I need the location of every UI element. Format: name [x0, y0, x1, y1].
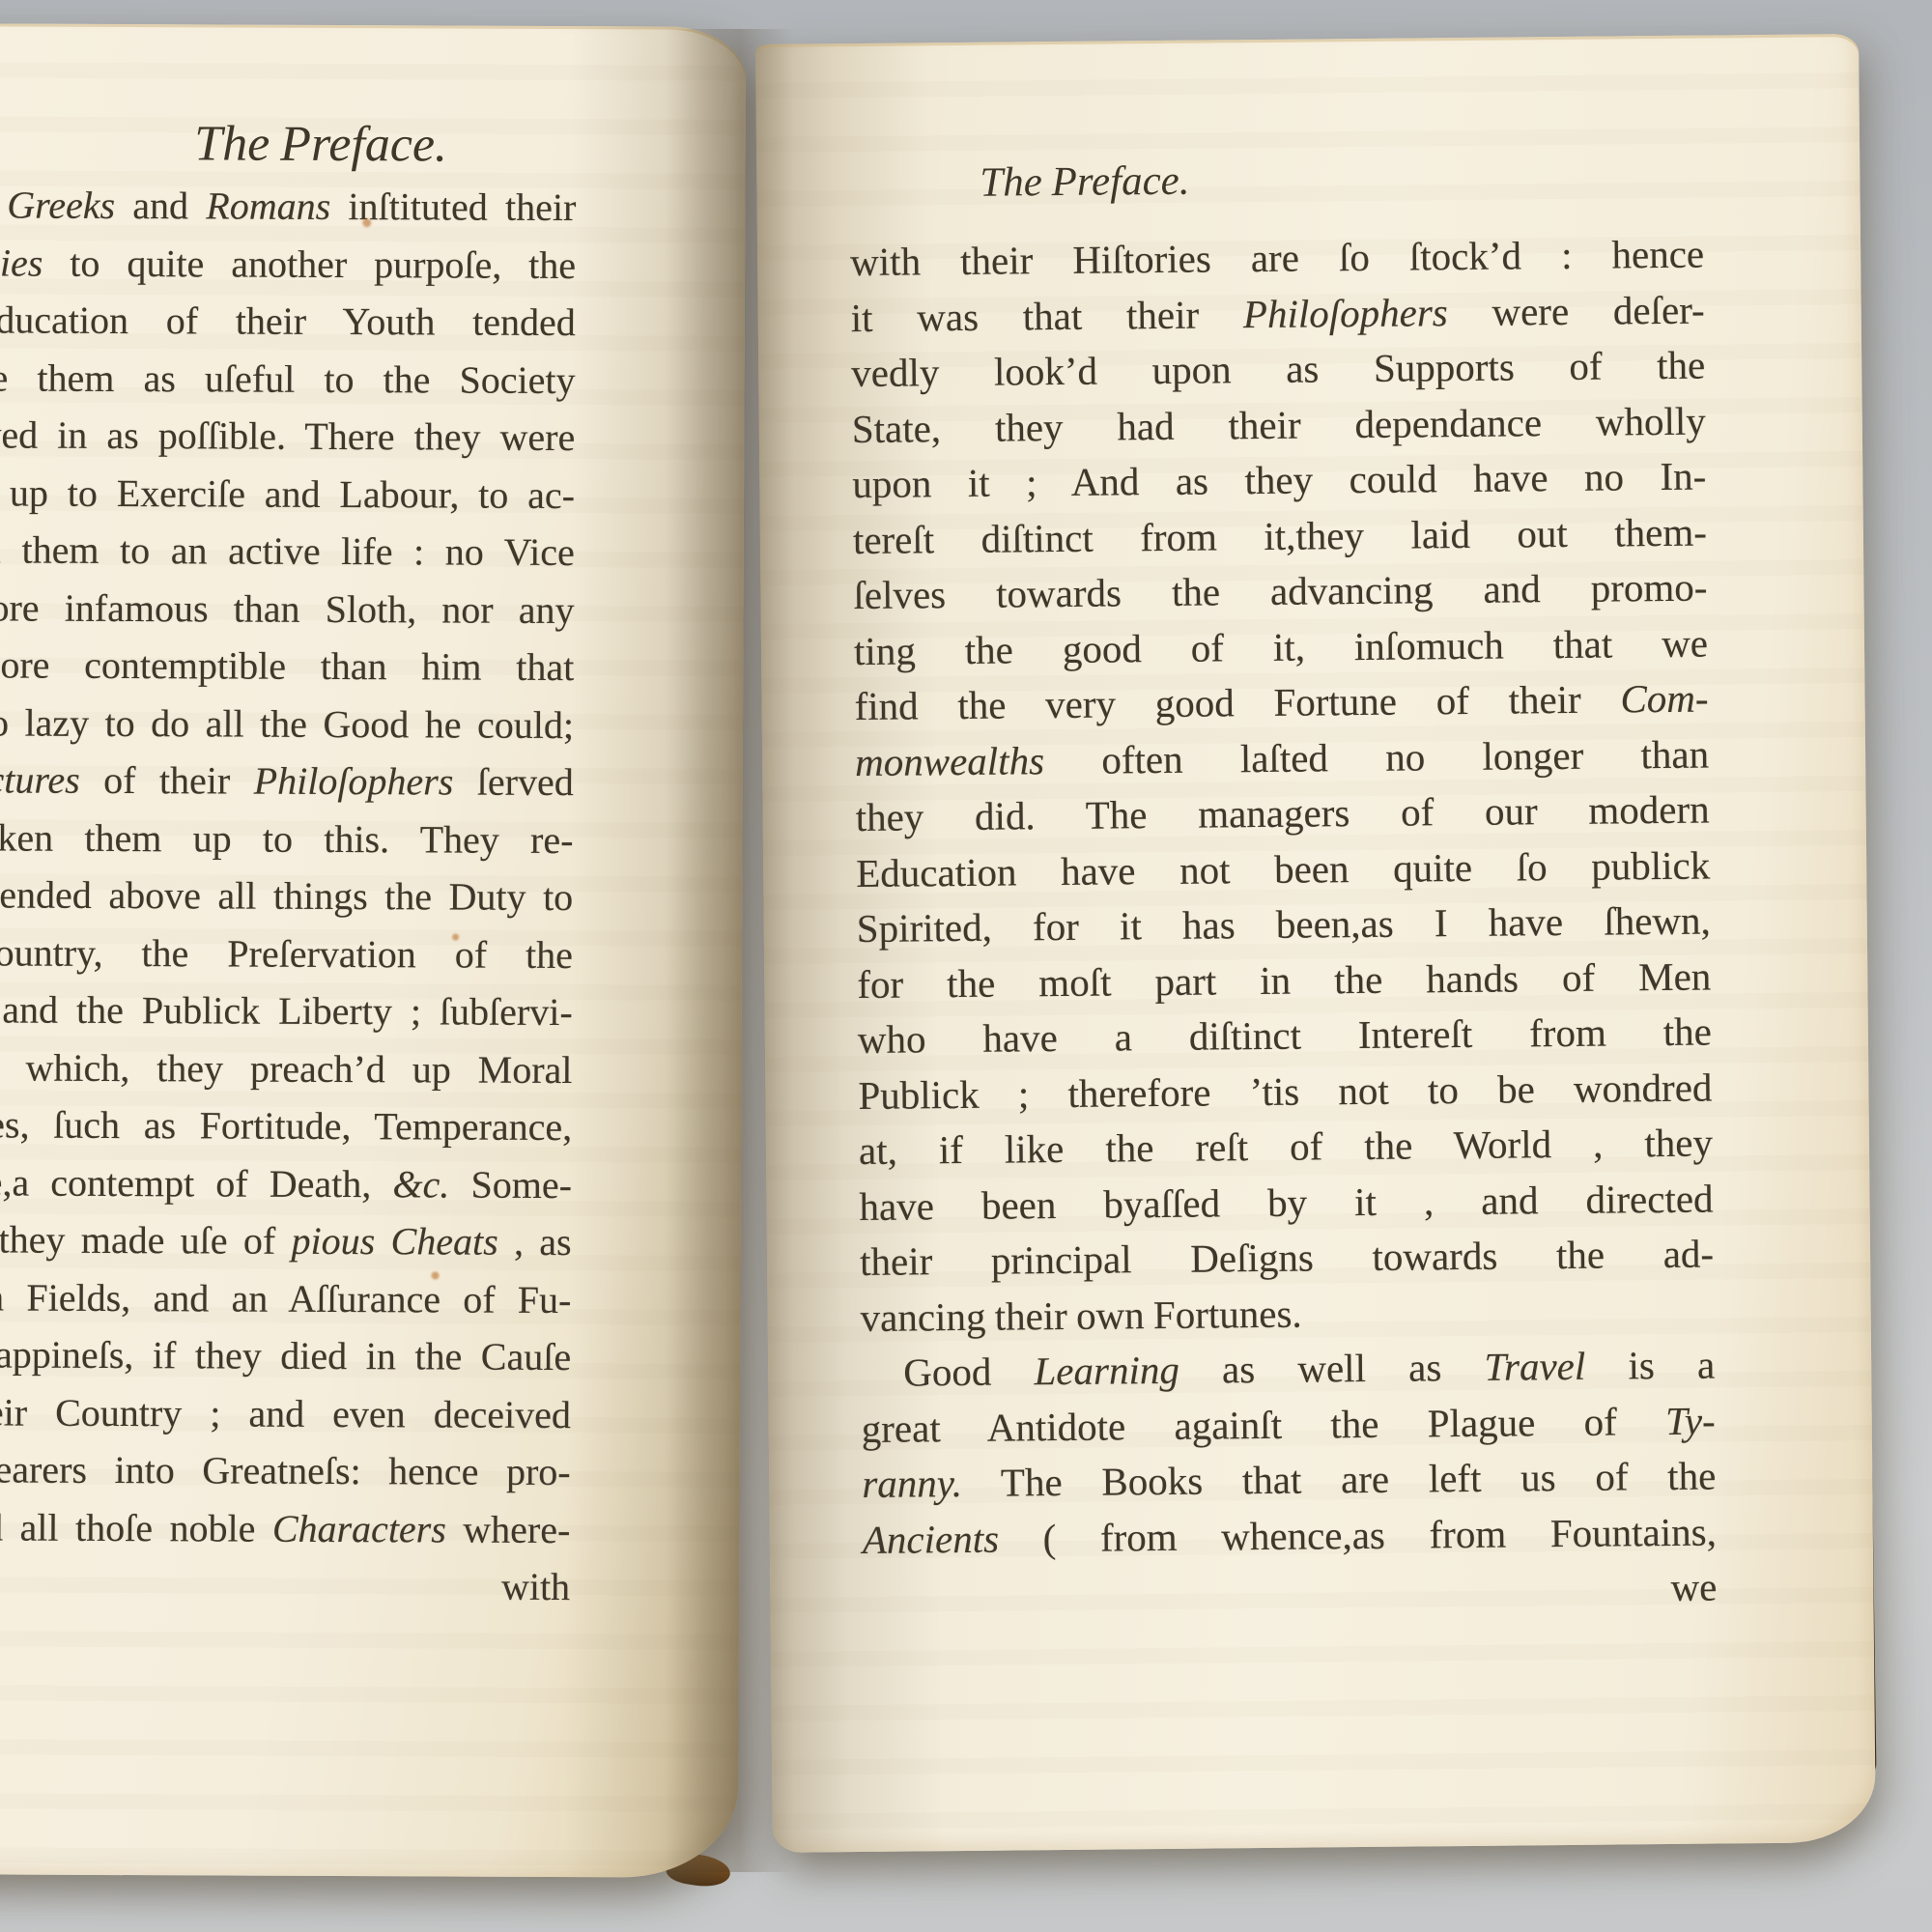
text-line: mies to quite another purpoſe, the [0, 234, 576, 294]
text-line: ke them as uſeful to the Society [0, 349, 576, 409]
text-line: heir Country ; and even deceived [0, 1383, 571, 1443]
right-page-header: The Preface. [980, 152, 1703, 209]
gutter-shadow [665, 29, 794, 1872]
text-line: ſelves towards the advancing and promo- [853, 560, 1708, 624]
left-page-header: The Preface. [19, 117, 623, 174]
text-line: ectures of their Philoſophers ſerved [0, 751, 574, 810]
open-book: The Preface. e Greeks and Romans inſtitu… [0, 0, 1932, 1932]
text-line: icken them up to this. They re- [0, 809, 574, 868]
text-line: State, they had their dependance wholly [852, 393, 1707, 457]
text-line: Publick ; therefore ’tis not to be wondr… [858, 1060, 1713, 1123]
text-line: s they made uſe of pious Cheats , as [0, 1210, 572, 1270]
text-line: m them to an active life : no Vice [0, 521, 575, 581]
text-line: with their Hiſtories are ſo ſtock’d : he… [850, 227, 1705, 291]
text-line: vancing their own Fortunes. [860, 1282, 1715, 1346]
foxing-spot [452, 934, 459, 941]
text-line: ce,a contempt of Death, &c. Some- [0, 1153, 572, 1213]
foxing-spot [432, 1271, 440, 1279]
text-line: ues, ſuch as Fortitude, Temperance, [0, 1095, 572, 1155]
text-line: mended above all things the Duty to [0, 866, 573, 925]
left-catchword: with [0, 1555, 570, 1615]
left-page-text: The Preface. e Greeks and Romans inſtitu… [0, 116, 577, 1615]
text-line: ting the good of it, inſomuch that we [854, 615, 1709, 679]
text-line: vedly look’d upon as Supports of the [851, 338, 1706, 402]
text-line: to which, they preach’d up Moral [0, 1038, 573, 1098]
text-line: upon it ; And as they could have no In- [852, 449, 1707, 513]
text-line: monwealths often laſted no longer than [855, 726, 1710, 790]
right-catchword: we [863, 1560, 1718, 1624]
text-line: Country, the Preſervation of the [0, 923, 573, 983]
text-line: have been byaſſed by it , and directed [859, 1171, 1714, 1235]
text-line: their principal Deſigns towards the ad- [860, 1227, 1715, 1291]
left-page-lines: e Greeks and Romans inſtituted theirmies… [0, 176, 576, 1558]
text-line: they did. The managers of our modern [855, 782, 1710, 846]
text-line: s and the Publick Liberty ; ſubſervi- [0, 980, 573, 1040]
show-through-ghost-left [0, 23, 746, 1878]
text-line: ranny. The Books that are left us of the [862, 1449, 1717, 1513]
text-line: an Fields, and an Aſſurance of Fu- [0, 1268, 572, 1328]
text-line: Ancients ( from whence,as from Fountains… [863, 1504, 1718, 1568]
right-page-lines: with their Hiſtories are ſo ſtock’d : he… [850, 227, 1717, 1568]
text-line: great Antidote againſt the Plague of Ty- [861, 1393, 1716, 1457]
text-line: Hearers into Greatneſs: hence pro- [0, 1440, 571, 1500]
text-line: Happineſs, if they died in the Cauſe [0, 1325, 571, 1385]
text-line: tereſt diſtinct from it,they laid out th… [853, 504, 1708, 568]
text-line: at, if like the reſt of the World , they [859, 1116, 1714, 1179]
text-line: find the very good Fortune of their Com- [854, 671, 1709, 735]
text-line: Education have not been quite ſo publick [856, 838, 1711, 901]
right-page: The Preface. with their Hiſtories are ſo… [755, 34, 1876, 1853]
text-line: nore infamous than Sloth, nor any [0, 579, 575, 639]
text-line: oo lazy to do all the Good he could; [0, 694, 574, 753]
text-line: ived in as poſſible. There they were [0, 406, 575, 466]
text-line: Spirited, for it has been,as I have ſhew… [857, 894, 1712, 957]
text-line: d up to Exerciſe and Labour, to ac- [0, 464, 575, 524]
text-line: more contemptible than him that [0, 636, 574, 696]
right-page-text: The Preface. with their Hiſtories are ſo… [849, 152, 1718, 1624]
text-line: Good Learning as well as Travel is a [861, 1338, 1716, 1402]
text-line: ed all thoſe noble Characters where- [0, 1498, 571, 1558]
left-page: The Preface. e Greeks and Romans inſtitu… [0, 23, 746, 1878]
page-edge-tint-left [0, 23, 746, 1878]
text-line: e Greeks and Romans inſtituted their [0, 176, 576, 236]
text-line: it was that their Philoſophers were deſe… [850, 282, 1705, 346]
foxing-spot [362, 218, 371, 227]
text-line: for the moſt part in the hands of Men [857, 949, 1712, 1012]
text-line: Education of their Youth tended [0, 291, 576, 351]
text-line: who have a diſtinct Intereſt from the [858, 1005, 1713, 1068]
